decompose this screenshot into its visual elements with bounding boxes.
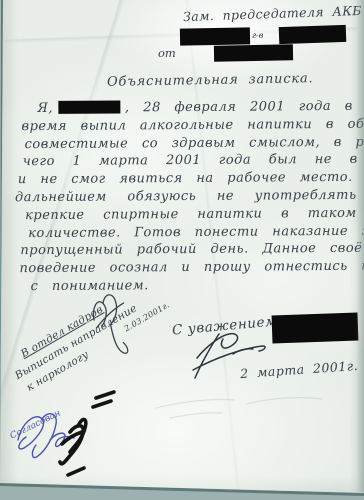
redaction-bar-closing-name xyxy=(272,313,359,344)
redaction-bar-2 xyxy=(279,25,347,44)
redaction-bar-3 xyxy=(214,44,293,61)
bold-signature-scribble xyxy=(52,388,122,482)
redaction-bar-name xyxy=(58,100,120,113)
body-line: Я,, 28 февраля 2001 года в нерабочее xyxy=(37,98,357,118)
body-line1-pre: Я, xyxy=(37,101,53,116)
body-line: количестве. Готов понести наказание за xyxy=(28,222,358,242)
from-label: от xyxy=(158,46,176,60)
body-paragraph: Я,, 28 февраля 2001 года в нерабочее вре… xyxy=(17,98,358,296)
body-line: чего 1 марта 2001 года был не в лучшем в… xyxy=(23,151,358,171)
addressee-line: Зам. председателя АКБ xyxy=(183,3,362,24)
redaction-bar-1 xyxy=(180,27,250,45)
body-line: крепкие спиртные напитки в таком xyxy=(25,205,358,225)
body-line: с пониманием. xyxy=(31,276,359,296)
between-bars-text: г-в xyxy=(252,31,263,40)
body-line: совместимые со здравым смыслом, в резуль… xyxy=(25,133,358,153)
document-title: Объяснительная записка. xyxy=(107,71,314,90)
paper-right-edge-shade xyxy=(356,0,364,492)
body-line: дальнейшем обязуюсь не употреблять xyxy=(15,187,358,207)
body-line1-post: , 28 февраля 2001 года в нерабочее xyxy=(125,98,364,115)
ink-bleed-through xyxy=(150,392,330,422)
body-line: поведение осознал и прошу отнестись ко м… xyxy=(19,258,358,278)
body-line: и не смог явиться на рабочее место. В xyxy=(18,169,358,189)
body-line: время выпил алкогольные напитки в объеме… xyxy=(21,116,357,136)
body-line: пропущенный рабочий день. Данное своё xyxy=(20,240,358,260)
paper-sheet: Зам. председателя АКБ г-в от Объяснитель… xyxy=(0,0,364,500)
scanned-explanatory-note: Зам. председателя АКБ г-в от Объяснитель… xyxy=(0,0,364,500)
